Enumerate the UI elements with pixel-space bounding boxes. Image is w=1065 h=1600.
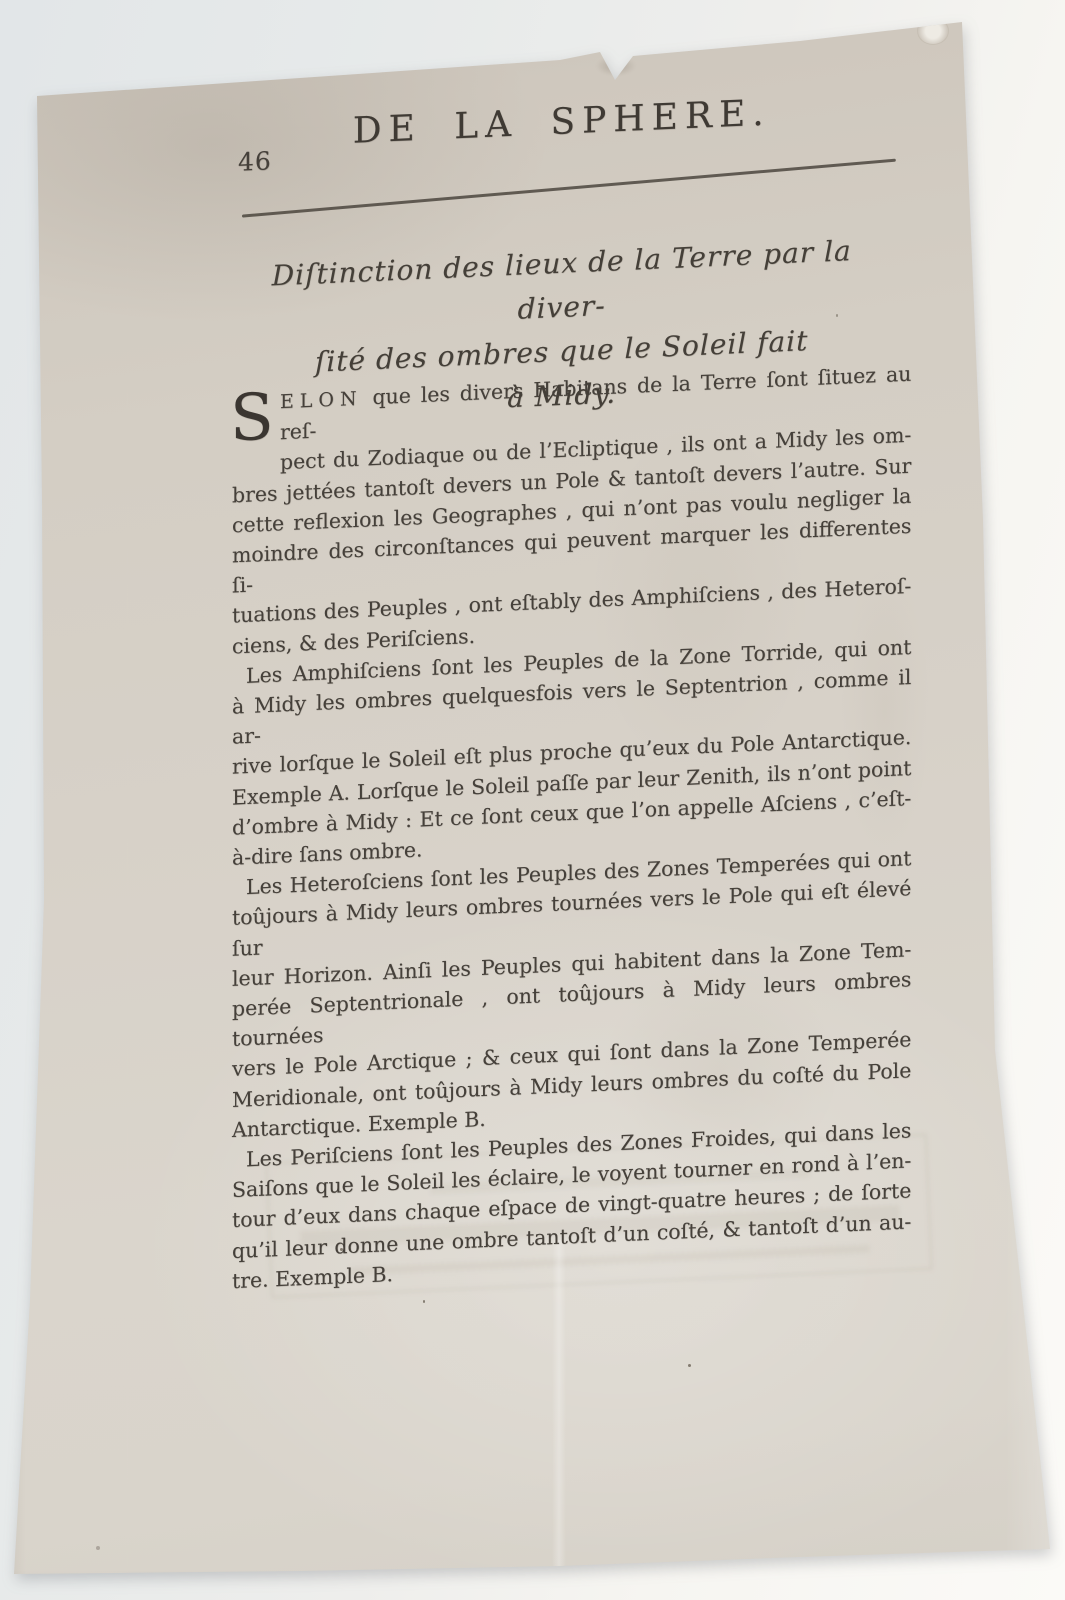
paper-speck — [688, 1364, 691, 1367]
smallcaps-opening: ELON — [280, 388, 363, 414]
paragraph-3: Les Heteroſciens ſont les Peuples des Zo… — [232, 843, 911, 1145]
photo-backdrop: { "header": { "page_number": "46", "runn… — [0, 0, 1065, 1600]
paper-crease — [552, 1240, 566, 1570]
paragraph-2: Les Amphiſciens ſont les Peuples de la Z… — [232, 632, 911, 873]
paper-hole-mark — [918, 18, 948, 44]
paper-speck — [423, 1300, 425, 1303]
paper-speck — [96, 1546, 100, 1550]
paragraph-4: Les Periſciens ſont les Peuples des Zone… — [232, 1115, 911, 1296]
body-text: S ELON que les divers Habitans de la Ter… — [232, 359, 911, 1297]
paragraph-1: S ELON que les divers Habitans de la Ter… — [232, 359, 911, 662]
dropcap-initial: S — [230, 389, 274, 447]
paper-tear-shadow — [596, 56, 636, 76]
